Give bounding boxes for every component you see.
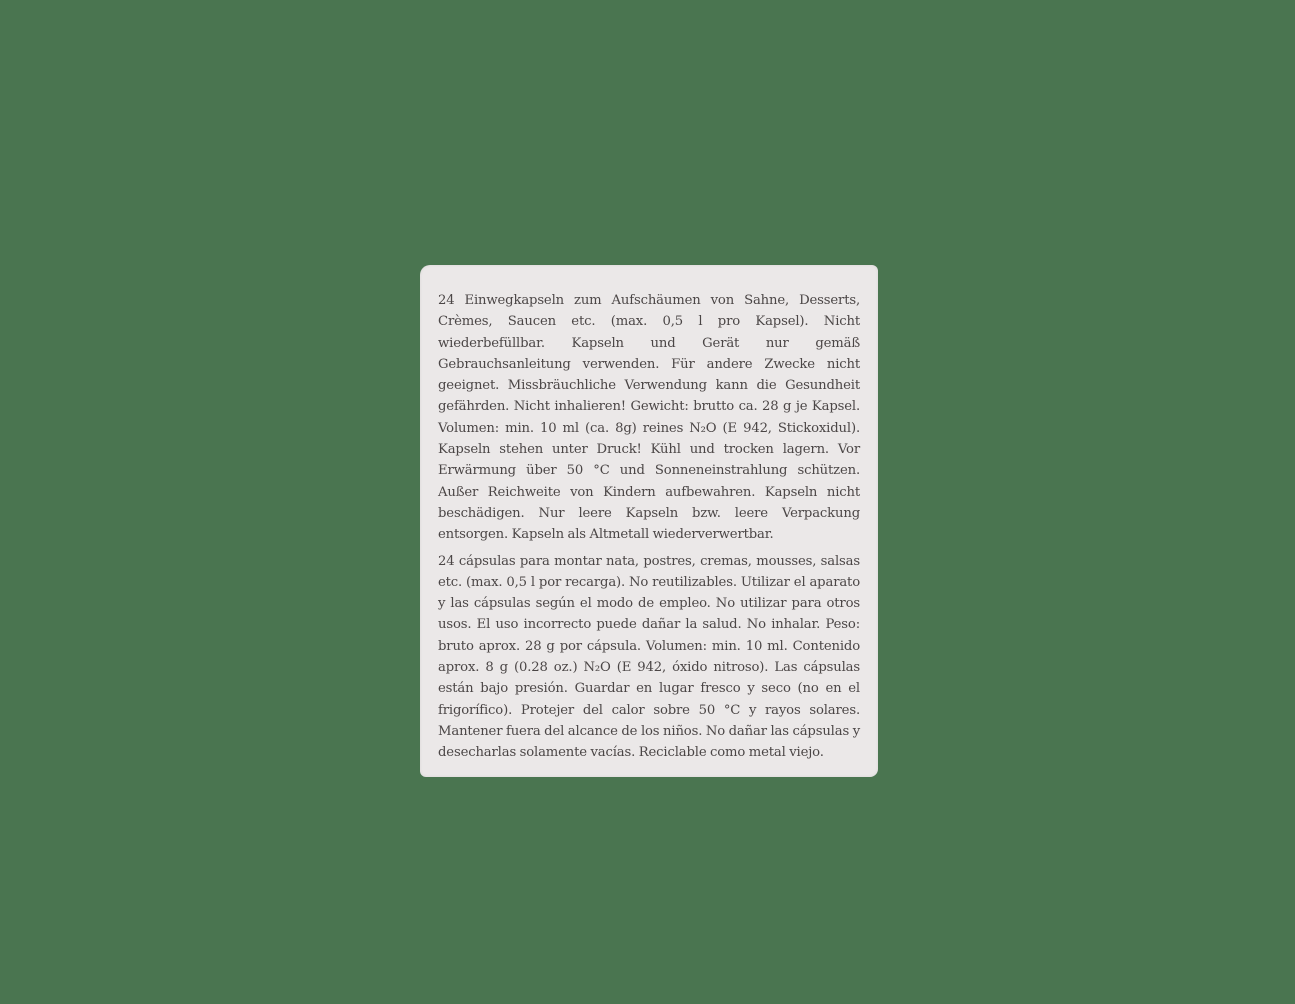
product-label-card: 24 Einwegkapseln zum Aufschäumen von Sah… bbox=[420, 265, 878, 777]
label-text-german: 24 Einwegkapseln zum Aufschäumen von Sah… bbox=[438, 290, 860, 546]
label-text-spanish: 24 cápsulas para montar nata, postres, c… bbox=[438, 551, 860, 764]
